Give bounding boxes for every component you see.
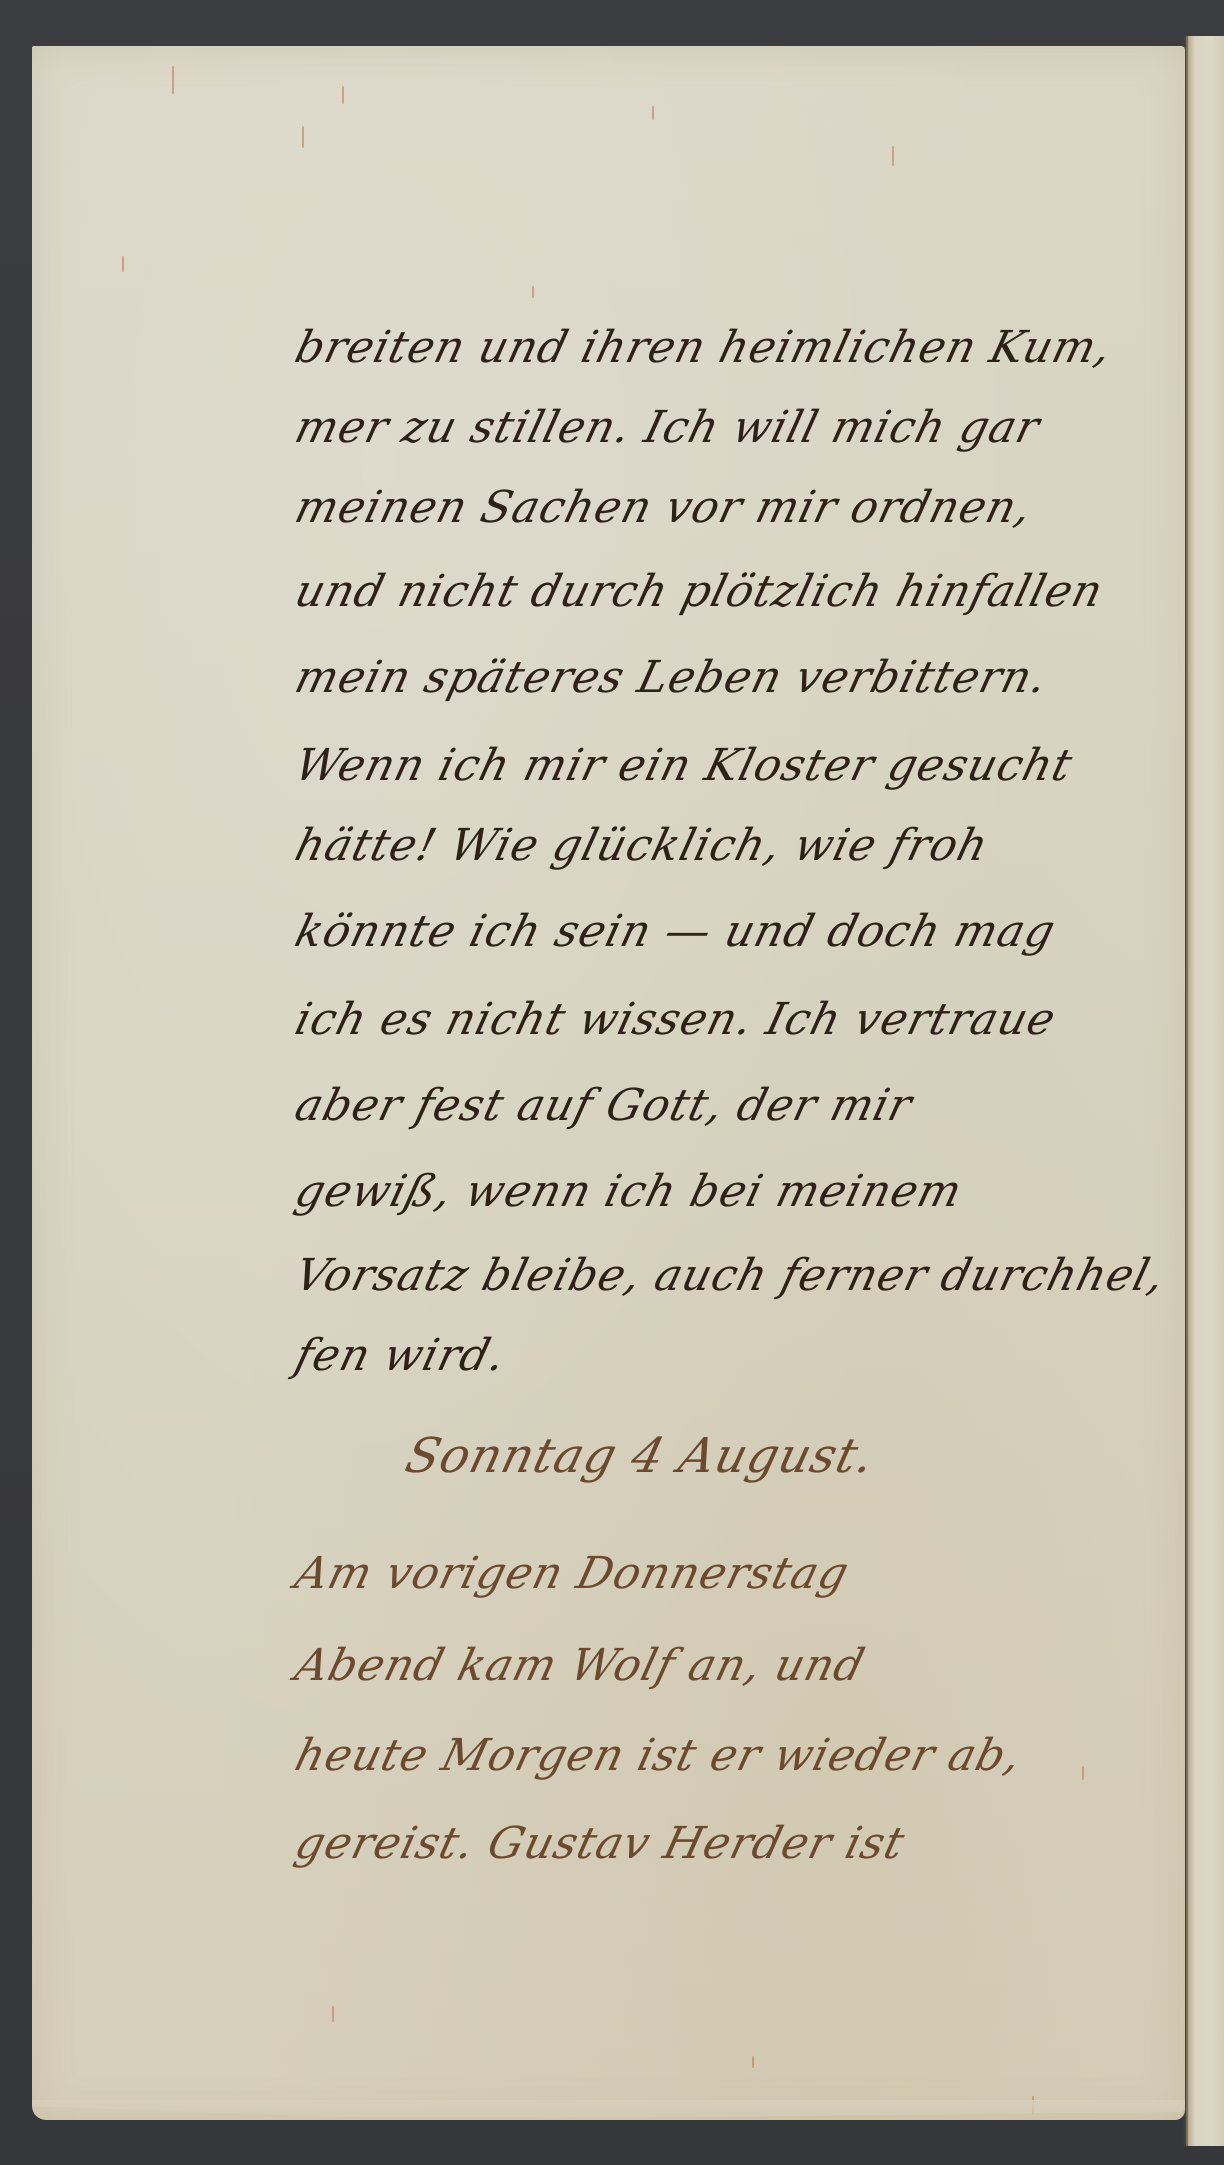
manuscript-line: Am vorigen Donnerstag (290, 1548, 854, 1599)
manuscript-line: und nicht durch plötzlich hinfallen (290, 566, 1109, 617)
manuscript-line: hätte! Wie glücklich, wie froh (290, 820, 994, 871)
manuscript-line: könnte ich sein — und doch mag (290, 906, 1061, 957)
paper-fleck (302, 126, 304, 148)
manuscript-line: mein späteres Leben verbittern. (290, 652, 1053, 703)
paper-fleck (892, 146, 894, 166)
paper-fleck (1082, 1766, 1084, 1780)
paper-fleck (532, 286, 534, 298)
manuscript-line: breiten und ihren heimlichen Kum, (290, 322, 1117, 373)
manuscript-line: mer zu stillen. Ich will mich gar (290, 402, 1045, 453)
paper-fleck (752, 2056, 754, 2068)
paper-fleck (122, 256, 124, 272)
paper-fleck (342, 86, 344, 104)
paper-fleck (652, 106, 654, 120)
manuscript-line: Wenn ich mir ein Kloster gesucht (290, 740, 1078, 791)
manuscript-line: gereist. Gustav Herder ist (290, 1818, 910, 1869)
manuscript-line: gewiß, wenn ich bei meinem (290, 1166, 968, 1217)
manuscript-line: fen wird. (290, 1330, 511, 1381)
paper-fleck (172, 66, 174, 94)
manuscript-line: Vorsatz bleibe, auch ferner durchhel, (290, 1250, 1170, 1301)
manuscript-line: heute Morgen ist er wieder ab, (290, 1730, 1027, 1781)
manuscript-line: Abend kam Wolf an, und (290, 1640, 870, 1691)
manuscript-line: ich es nicht wissen. Ich vertraue (290, 994, 1061, 1045)
manuscript-line: aber fest auf Gott, der mir (290, 1080, 918, 1131)
manuscript-line: meinen Sachen vor mir ordnen, (290, 482, 1038, 533)
adjacent-page-edge (1186, 36, 1224, 2146)
paper-fleck (332, 2006, 334, 2022)
date-heading: Sonntag 4 August. (400, 1428, 881, 1484)
